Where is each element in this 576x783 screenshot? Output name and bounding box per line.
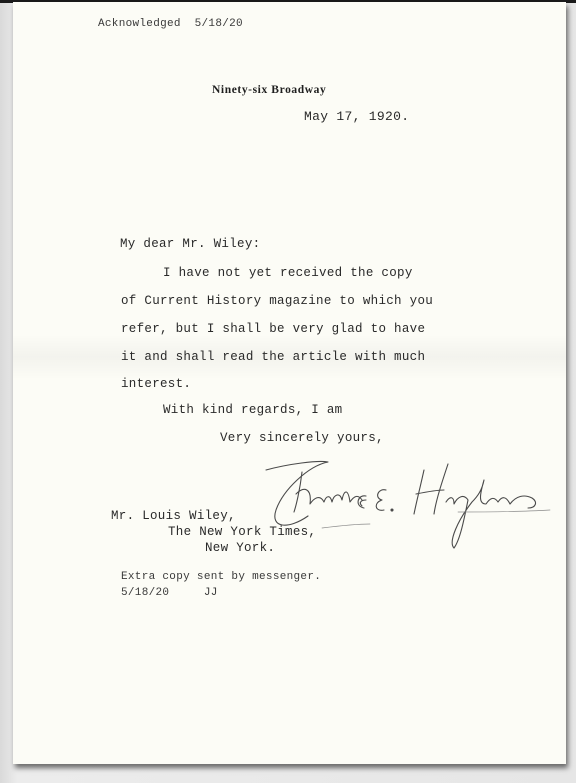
body-line-2: of Current History magazine to which you — [121, 294, 433, 308]
recipient-name: Mr. Louis Wiley, — [111, 509, 236, 523]
note-date-initials: 5/18/20 JJ — [121, 587, 218, 599]
body-line-1: I have not yet received the copy — [163, 266, 413, 280]
acknowledged-stamp: Acknowledged 5/18/20 — [98, 18, 243, 30]
regards-line: With kind regards, I am — [163, 403, 342, 417]
salutation: My dear Mr. Wiley: — [120, 237, 260, 251]
body-line-3: refer, but I shall be very glad to have — [121, 322, 425, 336]
letter-date: May 17, 1920. — [304, 109, 409, 124]
closing-line: Very sincerely yours, — [220, 431, 384, 445]
body-line-4: it and shall read the article with much — [121, 350, 425, 364]
letter-page: Acknowledged 5/18/20 Ninety-six Broadway… — [13, 2, 566, 764]
body-line-5: interest. — [121, 377, 191, 391]
recipient-city: New York. — [205, 541, 275, 555]
messenger-note: Extra copy sent by messenger. — [121, 571, 321, 583]
letterhead-address: Ninety-six Broadway — [212, 84, 326, 96]
recipient-organization: The New York Times, — [168, 525, 316, 539]
